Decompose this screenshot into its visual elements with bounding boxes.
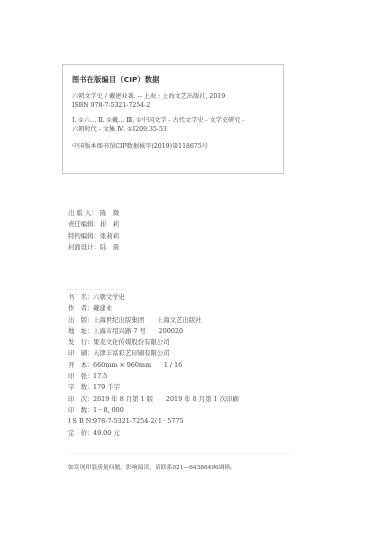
- staff-credits: 出 版 人：陈 微 责任编辑：崔 莉 特约编辑：张莉莉 封面设计：陆 震: [68, 208, 119, 253]
- info-value: 660mm × 960mm 1 / 16: [93, 361, 182, 369]
- info-label: 印 张：: [68, 371, 93, 382]
- info-value: 1－8, 000: [93, 406, 124, 414]
- staff-row-cover-design: 封面设计：陆 震: [68, 242, 119, 253]
- info-row-edition: 印 次：2019 年 8 月第 1 版 2019 年 8 月第 1 次印刷: [68, 394, 239, 405]
- staff-row-editor: 责任编辑：崔 莉: [68, 219, 119, 230]
- info-value: 978-7-5321-7254-2/ I · 5775: [93, 417, 184, 425]
- staff-label: 特约编辑：: [68, 231, 100, 242]
- staff-value: 张莉莉: [100, 232, 119, 240]
- info-label: 作 者：: [68, 303, 93, 314]
- staff-value: 陆 震: [100, 243, 119, 251]
- info-row-print-run: 印 数：1－8, 000: [68, 405, 239, 416]
- info-label: I S B N：: [68, 416, 93, 427]
- info-label: 印 次：: [68, 394, 93, 405]
- cip-subject-line-2: 六朝时代 - 文集 Ⅳ. ①I209.35-53: [72, 126, 275, 135]
- info-label: 开 本：: [68, 360, 93, 371]
- info-row-isbn: I S B N：978-7-5321-7254-2/ I · 5775: [68, 416, 239, 427]
- info-value: 天津丰富彩艺印刷有限公司: [93, 349, 170, 357]
- info-label: 字 数：: [68, 382, 93, 393]
- cip-data-box: 图书在版编目（CIP）数据 六朝文学史 / 戴建业著. -- 上海 : 上海文艺…: [62, 64, 284, 174]
- cip-subject-line-1: Ⅰ. ①六… Ⅱ. ①戴… Ⅲ. ①中国文学 - 古代文学史 - 文学史研究 -: [72, 117, 275, 126]
- staff-row-special-editor: 特约编辑：张莉莉: [68, 231, 119, 242]
- cip-record-number: 中国版本图书馆CIP数据核字(2019)第118675号: [72, 143, 275, 152]
- staff-label: 责任编辑：: [68, 219, 100, 230]
- staff-label: 封面设计：: [68, 242, 100, 253]
- info-value: 49.00 元: [93, 429, 120, 437]
- info-label: 定 价：: [68, 428, 93, 439]
- publication-info: 书 名：六朝文学史 作 者：戴建业 出 版：上海世纪出版集团 上海文艺出版社 地…: [68, 292, 239, 439]
- divider: [66, 453, 291, 454]
- info-value: 六朝文学史: [93, 293, 125, 301]
- info-row-printer: 印 刷：天津丰富彩艺印刷有限公司: [68, 348, 239, 359]
- cip-bibliographic-line: 六朝文学史 / 戴建业著. -- 上海 : 上海文艺出版社, 2019: [72, 93, 275, 102]
- info-row-word-count: 字 数：179 千字: [68, 382, 239, 393]
- info-row-address: 地 址：上海市绍兴路 7 号 200020: [68, 326, 239, 337]
- info-row-author: 作 者：戴建业: [68, 303, 239, 314]
- staff-value: 陈 微: [100, 209, 119, 217]
- info-value: 上海市绍兴路 7 号 200020: [93, 327, 183, 335]
- info-value: 2019 年 8 月第 1 版 2019 年 8 月第 1 次印刷: [93, 395, 239, 403]
- info-row-format: 开 本：660mm × 960mm 1 / 16: [68, 360, 239, 371]
- divider: [66, 289, 126, 290]
- staff-row-publisher: 出 版 人：陈 微: [68, 208, 119, 219]
- info-row-price: 定 价：49.00 元: [68, 428, 239, 439]
- info-value: 17.5: [93, 372, 107, 380]
- staff-value: 崔 莉: [100, 220, 119, 228]
- info-label: 地 址：: [68, 326, 93, 337]
- cip-isbn-line: ISBN 978-7-5321-7254-2: [72, 102, 275, 111]
- info-row-sheets: 印 张：17.5: [68, 371, 239, 382]
- cip-title: 图书在版编目（CIP）数据: [72, 75, 275, 85]
- info-row-publisher: 出 版：上海世纪出版集团 上海文艺出版社: [68, 315, 239, 326]
- info-label: 书 名：: [68, 292, 93, 303]
- info-label: 发 行：: [68, 337, 93, 348]
- info-label: 印 刷：: [68, 348, 93, 359]
- quality-notice: 如发现印装质量问题，影响阅读，请联系021—64386496调换。: [68, 462, 236, 471]
- info-value: 戴建业: [93, 304, 112, 312]
- info-label: 印 数：: [68, 405, 93, 416]
- info-label: 出 版：: [68, 315, 93, 326]
- staff-label: 出 版 人：: [68, 208, 100, 219]
- info-row-title: 书 名：六朝文学史: [68, 292, 239, 303]
- info-value: 果麦文化传媒股份有限公司: [93, 338, 170, 346]
- info-value: 179 千字: [93, 383, 120, 391]
- info-value: 上海世纪出版集团 上海文艺出版社: [93, 316, 202, 324]
- info-row-distributor: 发 行：果麦文化传媒股份有限公司: [68, 337, 239, 348]
